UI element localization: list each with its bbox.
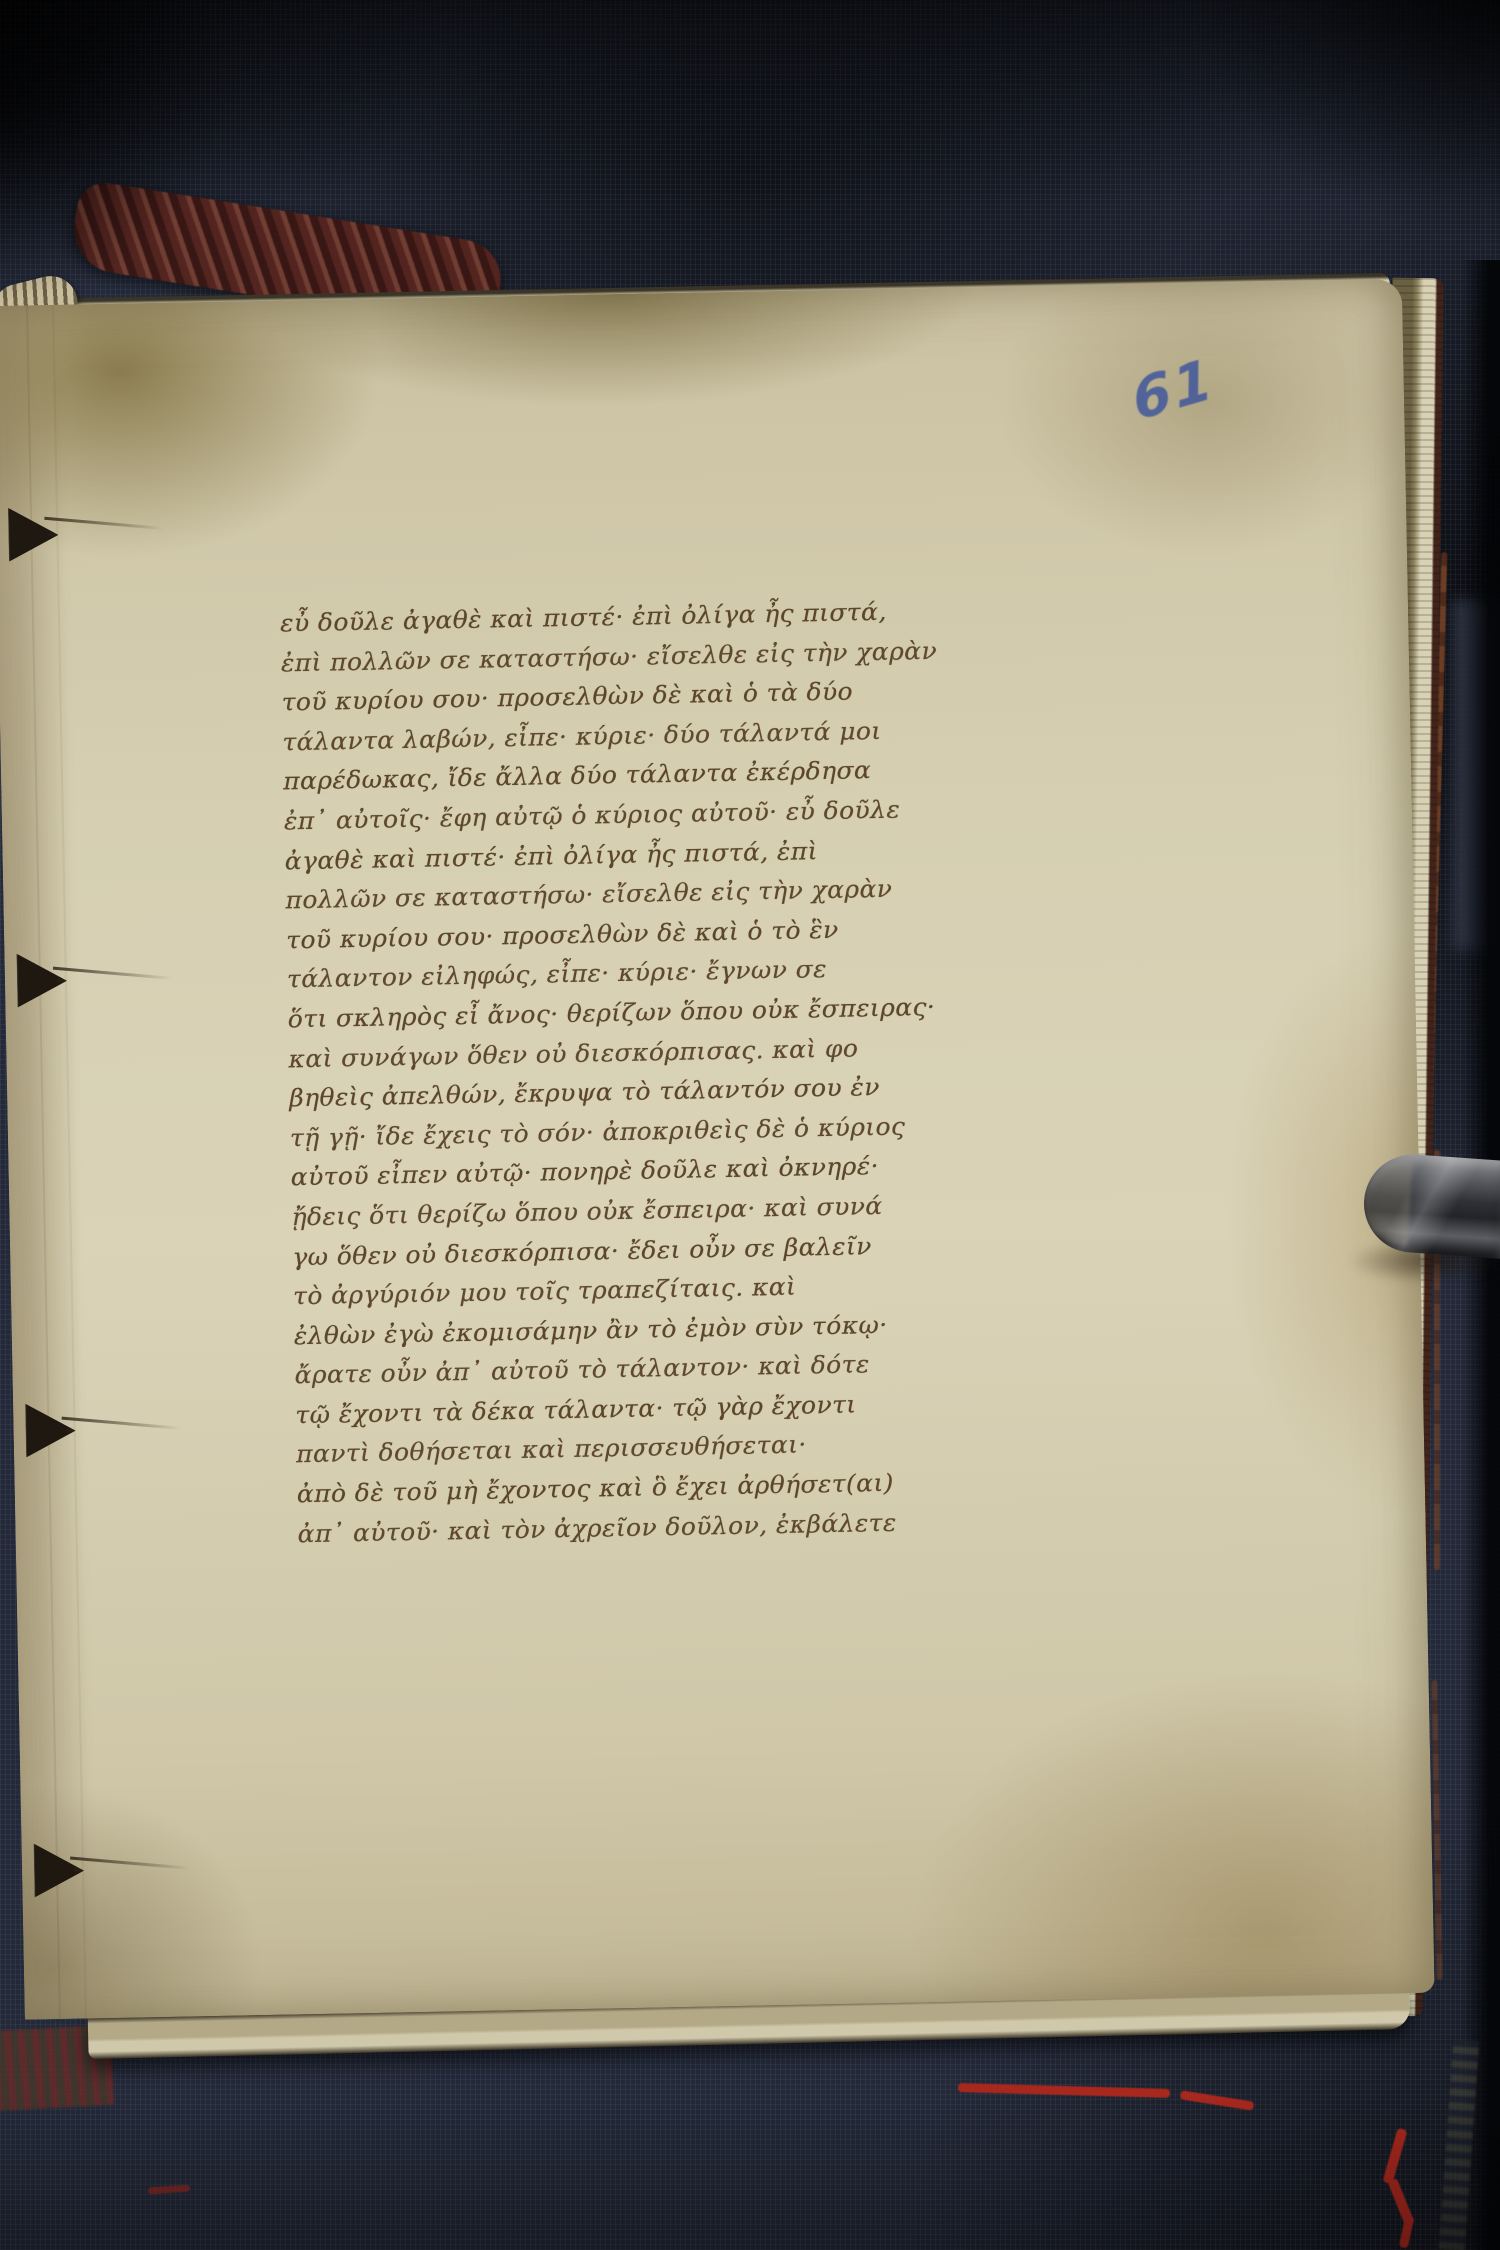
sewing-slit xyxy=(62,1417,182,1430)
red-stitching xyxy=(1399,2215,1414,2248)
manuscript-photo: 61 εὖ δοῦλε ἀγαθὲ καὶ πιστέ· ἐπὶ ὀλίγα ἦ… xyxy=(0,0,1500,2250)
text-block: εὖ δοῦλε ἀγαθὲ καὶ πιστέ· ἐπὶ ὀλίγα ἦς π… xyxy=(280,593,1098,1558)
sewing-hole xyxy=(16,953,67,1008)
sewing-slit xyxy=(70,1857,190,1870)
red-stitching xyxy=(1180,2090,1254,2110)
sewing-slit xyxy=(53,967,173,980)
red-stitching xyxy=(1382,2128,1407,2185)
sewing-hole xyxy=(8,507,59,562)
spine-crease xyxy=(52,305,87,2019)
folio-number: 61 xyxy=(1128,346,1220,434)
red-stitching xyxy=(148,2185,190,2195)
sewing-hole xyxy=(25,1403,76,1458)
spine-crease xyxy=(26,305,61,2019)
sewing-slit xyxy=(44,517,164,530)
sewing-hole xyxy=(34,1843,85,1898)
red-stitching xyxy=(958,2083,1170,2098)
manuscript-page[interactable]: 61 εὖ δοῦλε ἀγαθὲ καὶ πιστέ· ἐπὶ ὀλίγα ἦ… xyxy=(0,279,1435,2020)
